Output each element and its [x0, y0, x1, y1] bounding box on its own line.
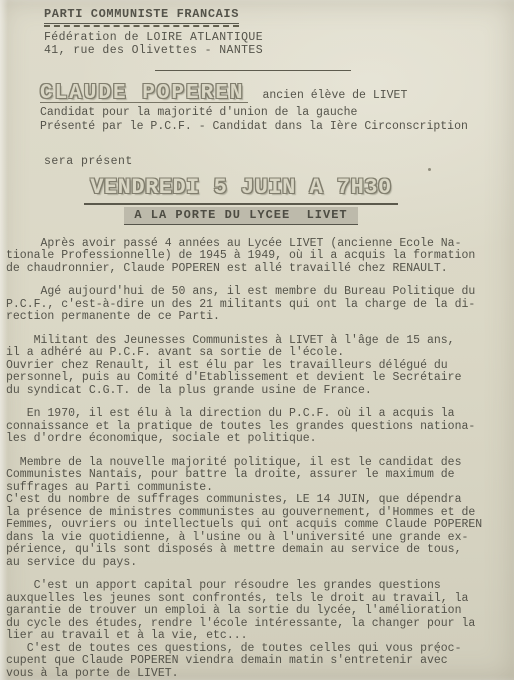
candidate-name: CLAUDE POPEREN [40, 87, 248, 104]
text-line: rection permanente de ce Parti. [6, 311, 514, 324]
paragraph: Militant des Jeunesses Communistes à LIV… [6, 335, 514, 398]
federation-line: Fédération de LOIRE ATLANTIQUE [44, 31, 514, 45]
paragraph: Membre de la nouvelle majorité politique… [6, 457, 514, 570]
text-line: les d'ordre économique, sociale et polit… [6, 433, 514, 446]
text-line: de chaudronnier, Claude POPEREN est allé… [6, 263, 514, 276]
paragraph: Après avoir passé 4 années au Lycée LIVE… [6, 238, 514, 276]
event-headline: VENDREDI 5 JUIN A 7H30 [84, 175, 397, 205]
event-block: VENDREDI 5 JUIN A 7H30 A LA PORTE DU LYC… [0, 175, 498, 225]
event-location-banner: A LA PORTE DU LYCEE LIVET [124, 207, 357, 225]
text-line: il a adhéré au P.C.F. avant sa sortie de… [6, 347, 514, 360]
text-line: cupent que Claude POPEREN viendra demain… [6, 655, 514, 668]
text-line: du syndicat C.G.T. de la plus grande usi… [6, 385, 514, 398]
text-line: tionale Professionnelle) de 1945 à 1949,… [6, 250, 514, 263]
candidate-subtitle: ancien élève de LIVET [262, 89, 407, 103]
scan-artifact [434, 646, 438, 648]
text-line: au service du pays. [6, 557, 514, 570]
leaflet-page: PARTI COMMUNISTE FRANCAIS Fédération de … [0, 0, 514, 680]
presence-line: sera présent [44, 155, 514, 169]
text-line: Femmes, ouvriers ou intellectuels qui on… [6, 519, 514, 532]
address-line: 41, rue des Olivettes - NANTES [44, 44, 514, 58]
candidate-block: CLAUDE POPEREN ancien élève de LIVET Can… [40, 87, 514, 169]
candidate-role-line2: Présenté par le P.C.F. - Candidat dans l… [40, 120, 514, 134]
candidate-name-row: CLAUDE POPEREN ancien élève de LIVET [40, 87, 514, 104]
paragraph: En 1970, il est élu à la direction du P.… [6, 408, 514, 446]
org-title: PARTI COMMUNISTE FRANCAIS [44, 8, 239, 24]
text-line: garantie de trouver un emploi à la sorti… [6, 605, 514, 618]
text-line: Communistes Nantais, pour battre la droi… [6, 469, 514, 482]
text-line: Agé aujourd'hui de 50 ans, il est membre… [6, 286, 514, 299]
text-line: vous à la porte de LIVET. [6, 668, 514, 680]
text-line: lier au travail et à la vie, etc... [6, 630, 514, 643]
text-line: En 1970, il est élu à la direction du P.… [6, 408, 514, 421]
header: PARTI COMMUNISTE FRANCAIS Fédération de … [44, 8, 514, 58]
divider-line [155, 70, 351, 71]
candidate-role-line1: Candidat pour la majorité d'union de la … [40, 106, 514, 120]
text-line: périence, qu'ils sont disposés à mettre … [6, 544, 514, 557]
body-text: Après avoir passé 4 années au Lycée LIVE… [6, 238, 514, 680]
paragraph: C'est un apport capital pour résoudre le… [6, 580, 514, 680]
scan-artifact [437, 651, 439, 653]
text-line: personnel, puis au Comité d'Etablissemen… [6, 372, 514, 385]
text-line: C'est un apport capital pour résoudre le… [6, 580, 514, 593]
paragraph: Agé aujourd'hui de 50 ans, il est membre… [6, 286, 514, 324]
text-line: C'est du nombre de suffrages communistes… [6, 494, 514, 507]
scan-artifact [428, 168, 431, 171]
